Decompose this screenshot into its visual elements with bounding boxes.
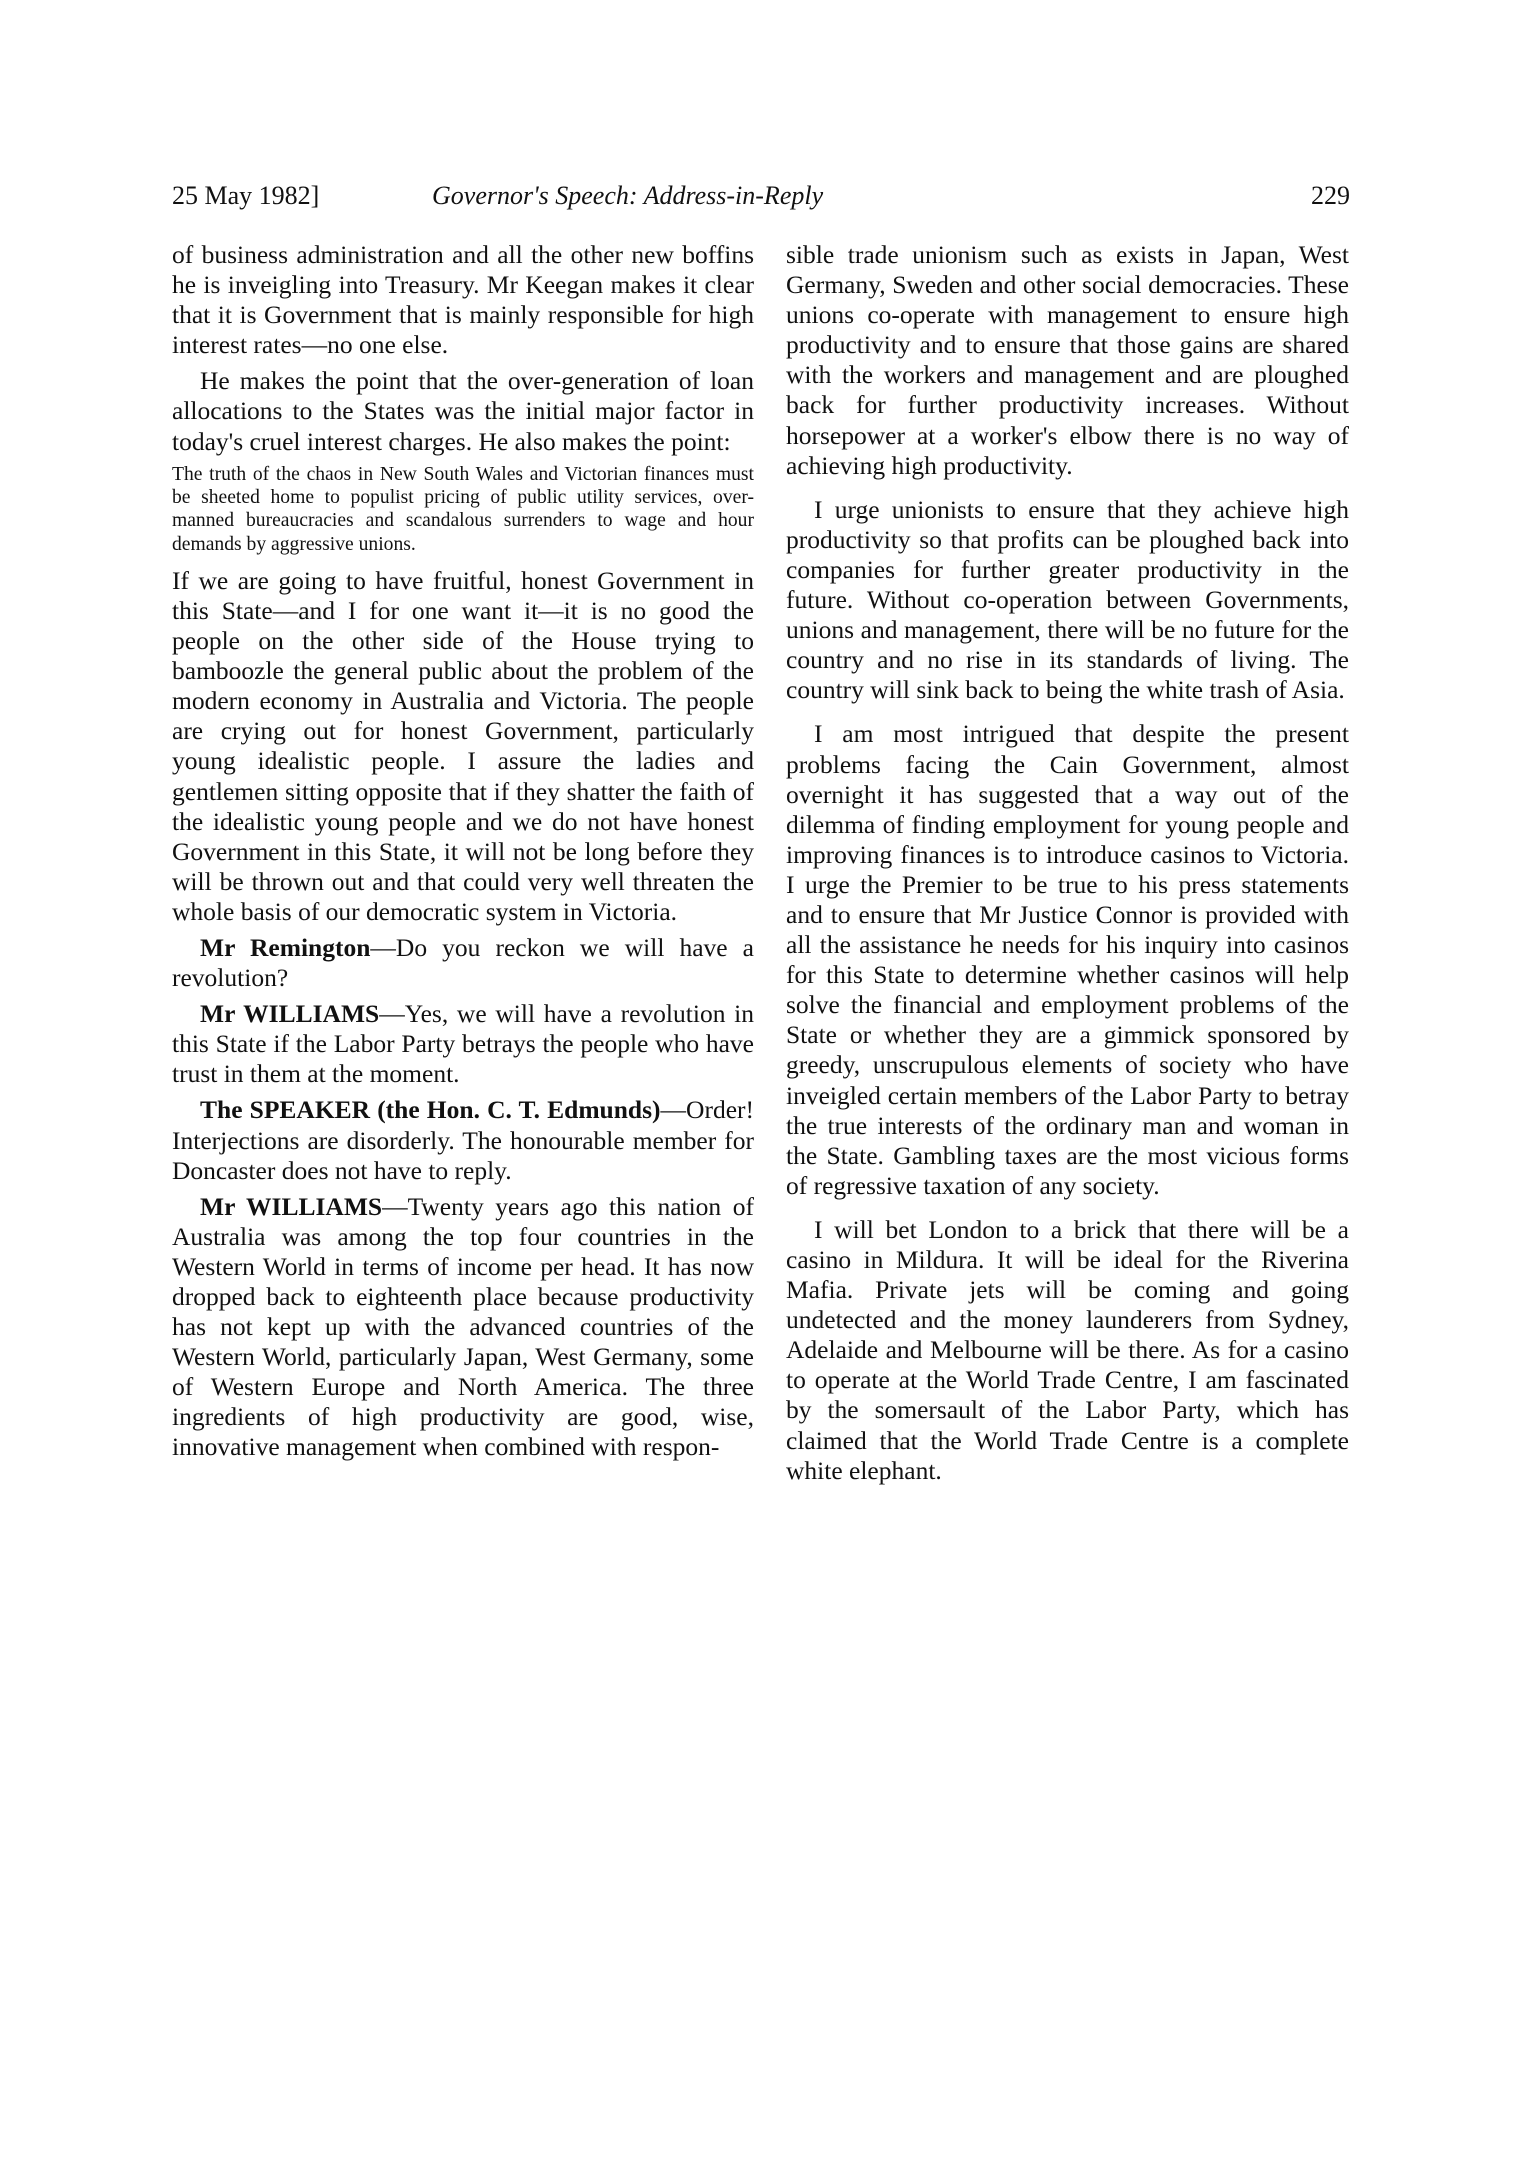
speech: Mr WILLIAMS—Twenty years ago this nation… — [172, 1192, 754, 1463]
paragraph: I will bet London to a brick that there … — [786, 1215, 1349, 1486]
speaker-name: Mr WILLIAMS — [200, 1192, 382, 1221]
header-date: 25 May 1982] — [172, 176, 319, 216]
speech: Mr WILLIAMS—Yes, we will have a revoluti… — [172, 999, 754, 1089]
speaker-ruling: The SPEAKER (the Hon. C. T. Edmunds)—Ord… — [172, 1095, 754, 1185]
header-title: Governor's Speech: Address-in-Reply — [432, 176, 823, 216]
paragraph: He makes the point that the over-generat… — [172, 366, 754, 456]
right-column: sible trade unionism such as exists in J… — [786, 240, 1349, 1492]
paragraph: of business administration and all the o… — [172, 240, 754, 360]
page-header: 25 May 1982] Governor's Speech: Address-… — [172, 176, 1350, 216]
block-quote: The truth of the chaos in New South Wale… — [172, 463, 754, 556]
speaker-name: Mr Remington — [200, 933, 370, 962]
page-number: 229 — [1311, 176, 1350, 216]
left-column: of business administration and all the o… — [172, 240, 754, 1469]
paragraph: I urge unionists to ensure that they ach… — [786, 495, 1349, 706]
speaker-name: Mr WILLIAMS — [200, 999, 379, 1028]
speaker-name: The SPEAKER (the Hon. C. T. Edmunds) — [200, 1095, 661, 1124]
paragraph: If we are going to have fruitful, honest… — [172, 566, 754, 927]
interjection: Mr Remington—Do you reckon we will have … — [172, 933, 754, 993]
speech-text: —Twenty years ago this nation of Austral… — [172, 1192, 754, 1462]
paragraph: I am most intrigued that despite the pre… — [786, 719, 1349, 1201]
paragraph: sible trade unionism such as exists in J… — [786, 240, 1349, 481]
